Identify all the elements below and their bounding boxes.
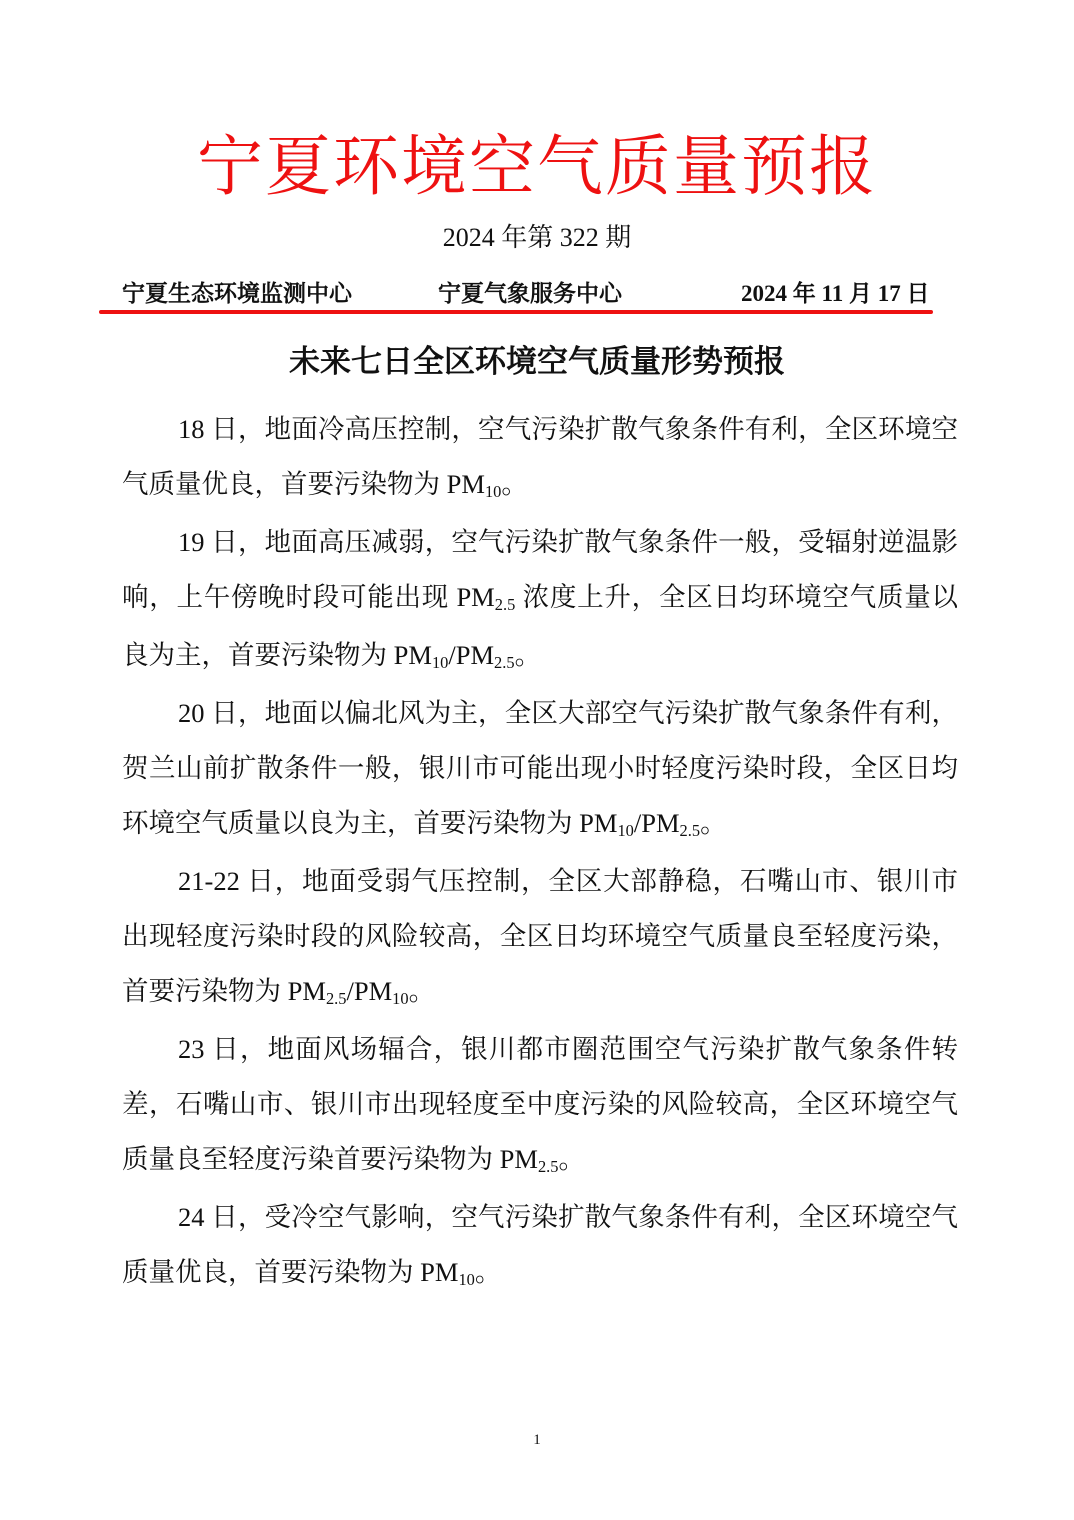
forecast-paragraph-21-22: 21-22 日，地面受弱气压控制，全区大部静稳，石嘴山市、银川市出现轻度污染时段… bbox=[122, 854, 958, 1022]
subscript: 10 bbox=[392, 989, 408, 1008]
forecast-paragraph-18: 18 日，地面冷高压控制，空气污染扩散气象条件有利，全区环境空气质量优良，首要污… bbox=[122, 402, 958, 515]
forecast-day: 18 日 bbox=[178, 414, 238, 444]
text: ，地面冷高压控制，空气污染扩散气象条件有利，全区环境空气质量优良，首要污染物为 … bbox=[122, 414, 958, 499]
text: 。 bbox=[515, 640, 542, 670]
text: /PM bbox=[346, 976, 392, 1006]
text: ，受冷空气影响，空气污染扩散气象条件有利，全区环境空气质量优良，首要污染物为 P… bbox=[122, 1202, 958, 1287]
text: ，地面以偏北风为主，全区大部空气污染扩散气象条件有利，贺兰山前扩散条件一般，银川… bbox=[122, 698, 958, 838]
text: /PM bbox=[448, 640, 494, 670]
forecast-day: 23 日 bbox=[178, 1034, 240, 1064]
text: /PM bbox=[634, 808, 680, 838]
forecast-paragraph-24: 24 日，受冷空气影响，空气污染扩散气象条件有利，全区环境空气质量优良，首要污染… bbox=[122, 1190, 958, 1303]
text: 。 bbox=[475, 1257, 502, 1287]
forecast-paragraph-23: 23 日，地面风场辐合，银川都市圈范围空气污染扩散气象条件转差，石嘴山市、银川市… bbox=[122, 1022, 958, 1190]
subscript: 2.5 bbox=[326, 989, 347, 1008]
header-divider bbox=[99, 310, 933, 314]
publisher-org-2: 宁夏气象服务中心 bbox=[438, 278, 622, 310]
forecast-paragraph-19: 19 日，地面高压减弱，空气污染扩散气象条件一般，受辐射逆温影响，上午傍晚时段可… bbox=[122, 515, 958, 686]
forecast-paragraph-20: 20 日，地面以偏北风为主，全区大部空气污染扩散气象条件有利，贺兰山前扩散条件一… bbox=[122, 686, 958, 854]
masthead-title: 宁夏环境空气质量预报 bbox=[0, 128, 1074, 208]
forecast-day: 24 日 bbox=[178, 1202, 238, 1232]
issue-number: 2024 年第 322 期 bbox=[0, 220, 1074, 256]
subscript: 2.5 bbox=[538, 1157, 559, 1176]
publisher-info-row: 宁夏生态环境监测中心 宁夏气象服务中心 2024 年 11 月 17 日 bbox=[122, 278, 952, 310]
text: ，地面风场辐合，银川都市圈范围空气污染扩散气象条件转差，石嘴山市、银川市出现轻度… bbox=[122, 1034, 958, 1174]
text: 。 bbox=[501, 469, 528, 499]
subscript: 10 bbox=[617, 821, 633, 840]
subscript: 10 bbox=[458, 1270, 474, 1289]
text: 。 bbox=[700, 808, 727, 838]
forecast-body: 18 日，地面冷高压控制，空气污染扩散气象条件有利，全区环境空气质量优良，首要污… bbox=[122, 402, 958, 1303]
subscript: 2.5 bbox=[494, 653, 515, 672]
publish-date: 2024 年 11 月 17 日 bbox=[741, 278, 929, 310]
subscript: 2.5 bbox=[680, 821, 701, 840]
forecast-day: 21-22 日 bbox=[178, 866, 275, 896]
subscript: 10 bbox=[432, 653, 448, 672]
text: 。 bbox=[558, 1144, 585, 1174]
section-title: 未来七日全区环境空气质量形势预报 bbox=[0, 340, 1074, 384]
text: 。 bbox=[409, 976, 436, 1006]
forecast-day: 19 日 bbox=[178, 527, 238, 557]
subscript: 2.5 bbox=[495, 595, 516, 614]
subscript: 10 bbox=[485, 482, 501, 501]
page-number: 1 bbox=[0, 1432, 1074, 1449]
forecast-day: 20 日 bbox=[178, 698, 238, 728]
publisher-org-1: 宁夏生态环境监测中心 bbox=[122, 278, 352, 310]
